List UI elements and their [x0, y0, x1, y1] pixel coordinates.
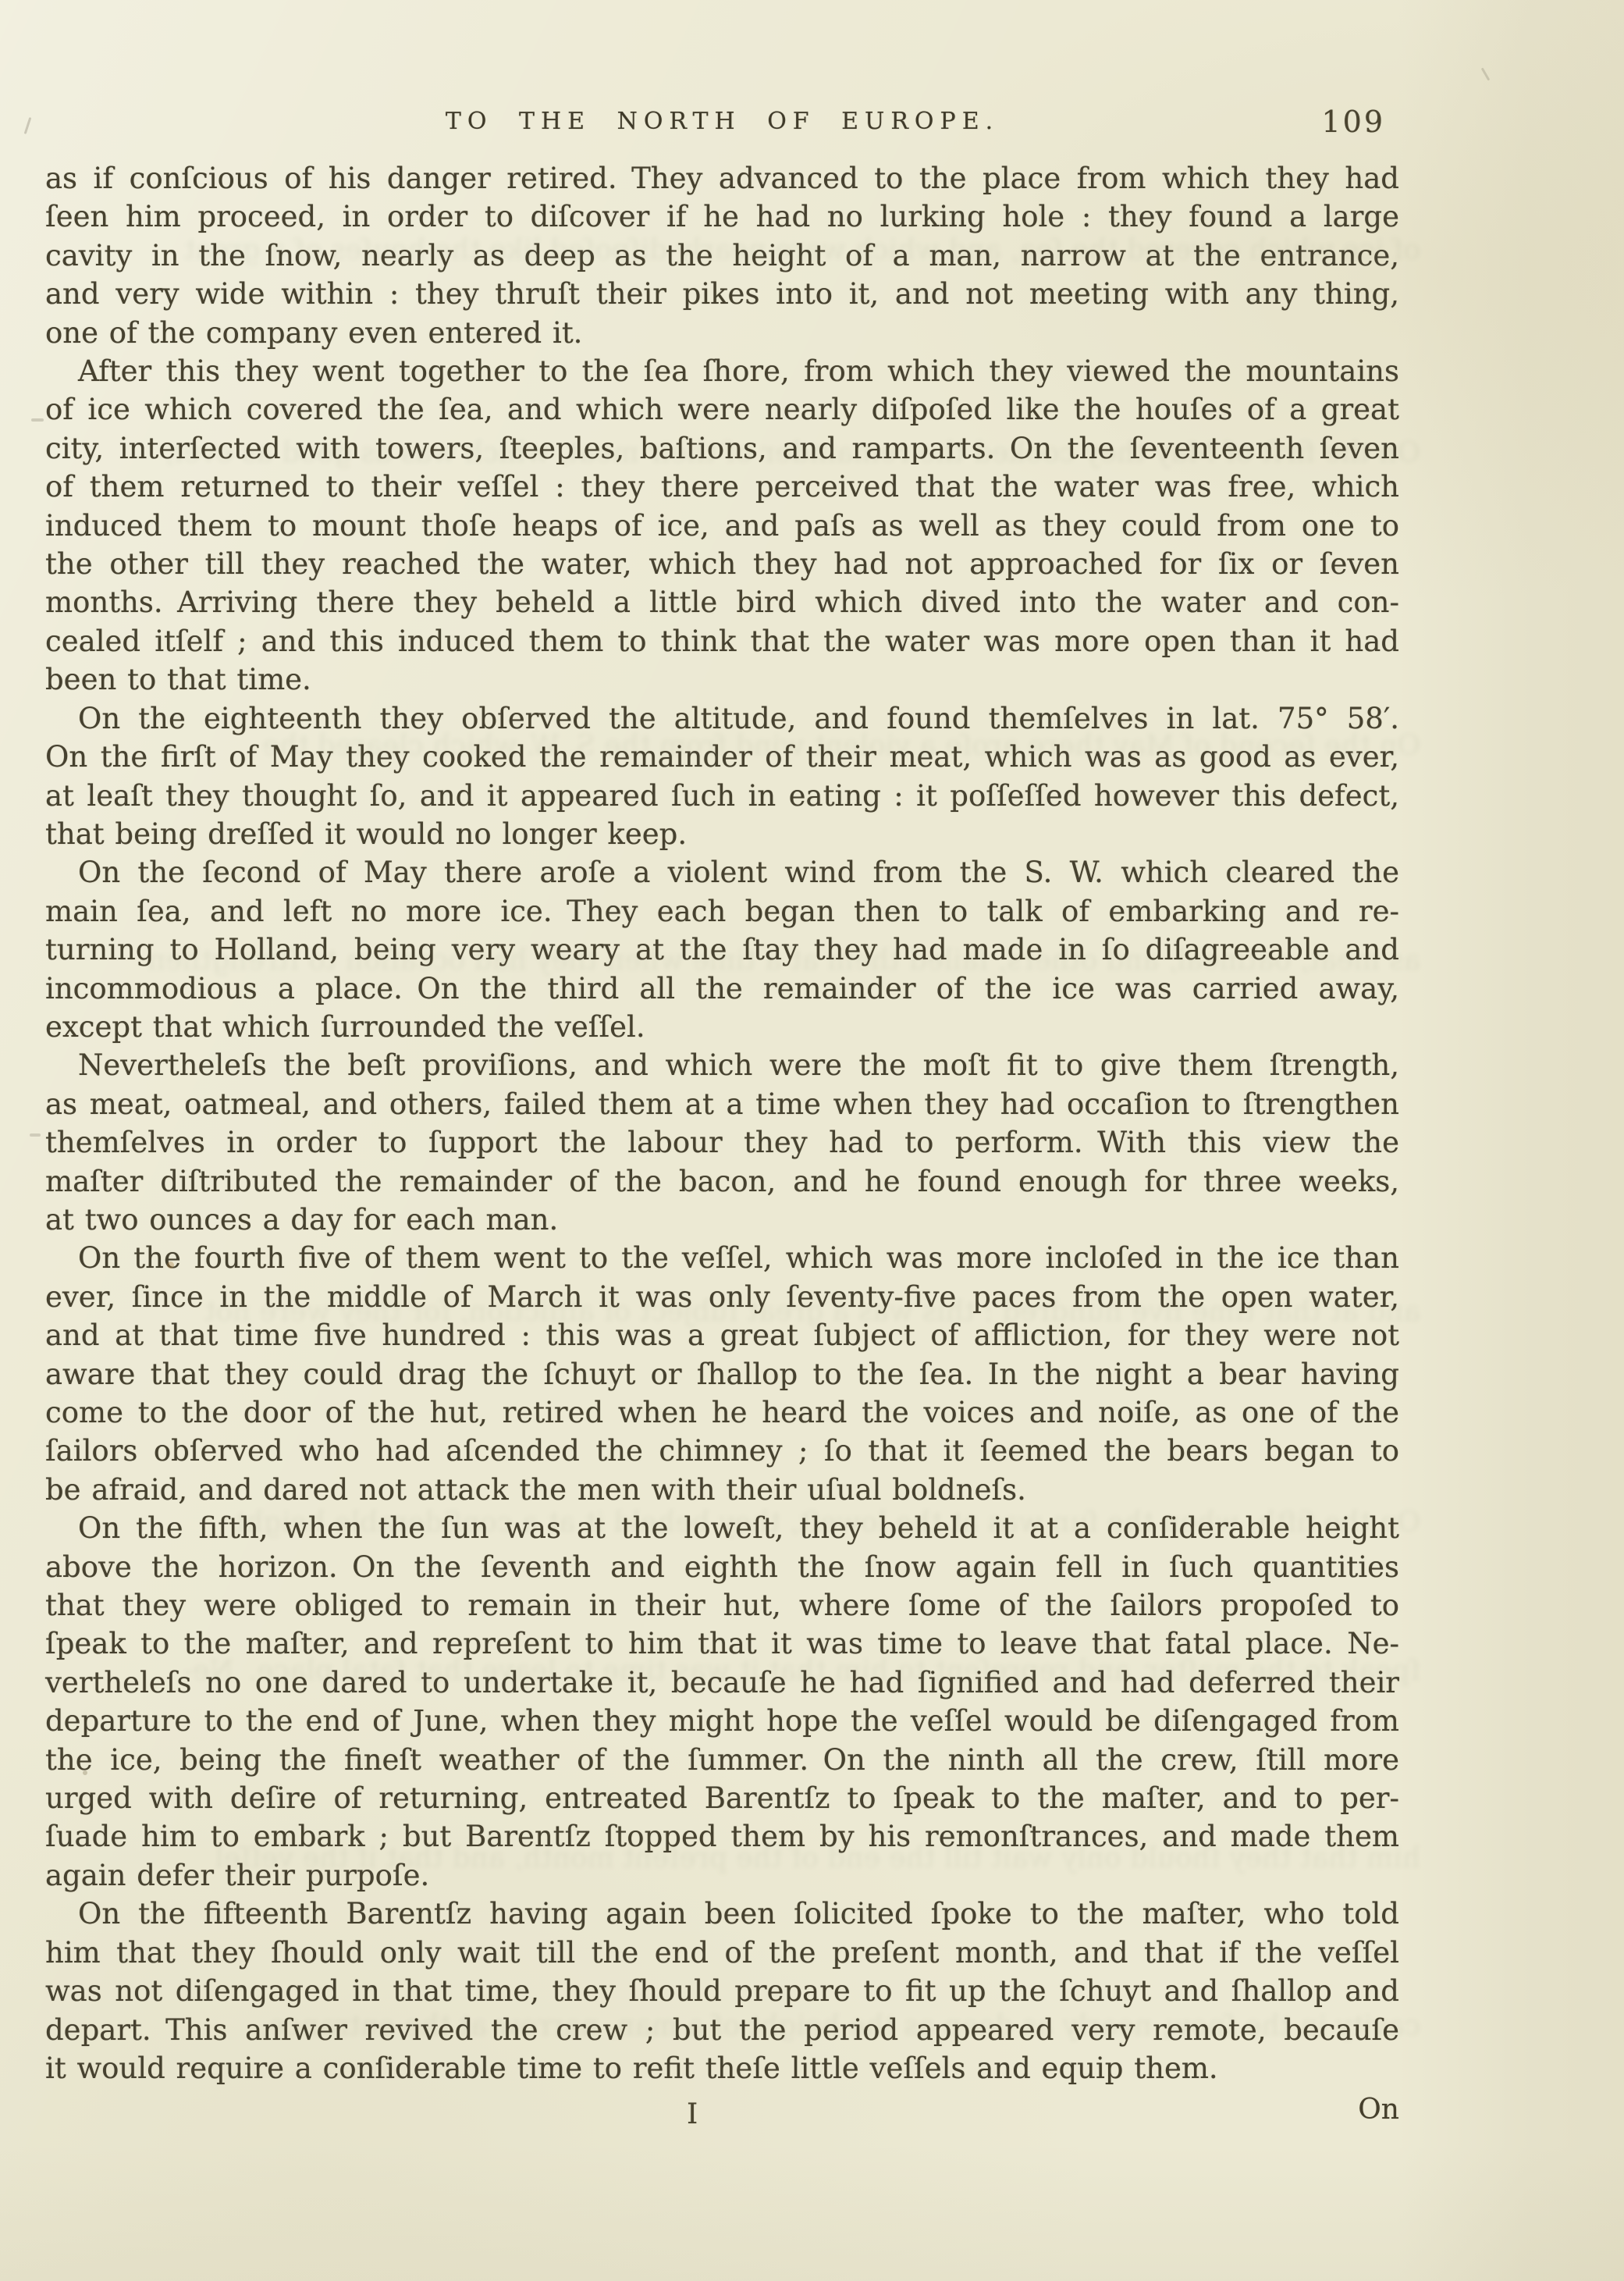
paragraph: On the fourth five of them went to the v… [45, 1239, 1399, 1509]
text-line: turning to Holland, being very weary at … [45, 931, 1399, 969]
catchword: On [1358, 2094, 1399, 2126]
running-head: TO THE NORTH OF EUROPE. 109 [45, 108, 1399, 144]
running-title: TO THE NORTH OF EUROPE. [45, 108, 1399, 135]
text-line: months. Arriving there they beheld a lit… [45, 583, 1399, 621]
text-line: departure to the end of June, when they … [45, 1702, 1399, 1740]
paragraph: On the fifteenth Barentſz having again b… [45, 1895, 1399, 2087]
text-line: cealed itſelf ; and this induced them to… [45, 622, 1399, 660]
text-line: ſeen him proceed, in order to diſcover i… [45, 197, 1399, 236]
text-line: After this they went together to the ſea… [45, 352, 1399, 390]
paragraph: On the eighteenth they obſerved the alti… [45, 699, 1399, 854]
paragraph: as if conſcious of his danger retired. T… [45, 159, 1399, 352]
text-line: On the eighteenth they obſerved the alti… [45, 699, 1399, 738]
text-line: themſelves in order to ſupport the labou… [45, 1123, 1399, 1162]
margin-mark [24, 117, 32, 134]
paragraph: After this they went together to the ſea… [45, 352, 1399, 699]
text-line: above the horizon. On the ſeventh and ei… [45, 1548, 1399, 1586]
text-line: main ſea, and left no more ice. They eac… [45, 892, 1399, 931]
margin-mark [31, 418, 44, 422]
text-line: him that they ſhould only wait till the … [45, 1934, 1399, 1972]
text-line: maſter diſtributed the remainder of the … [45, 1162, 1399, 1201]
text-line: ever, ſince in the middle of March it wa… [45, 1278, 1399, 1316]
text-line: of them returned to their veſſel : they … [45, 468, 1399, 506]
text-line: as meat, oatmeal, and others, failed the… [45, 1085, 1399, 1123]
text-line: of ice which covered the ſea, and which … [45, 390, 1399, 429]
text-line: ſailors obſerved who had aſcended the ch… [45, 1432, 1399, 1470]
text-line: as if conſcious of his danger retired. T… [45, 159, 1399, 197]
text-line: that being dreſſed it would no longer ke… [45, 815, 1399, 853]
text-line: except that which ſurrounded the veſſel. [45, 1008, 1399, 1046]
ink-speck [83, 1770, 87, 1775]
margin-mark [30, 1133, 41, 1137]
text-line: and very wide within : they thruſt their… [45, 275, 1399, 313]
text-line: On the fifth, when the ſun was at the lo… [45, 1509, 1399, 1547]
text-line: cavity in the ſnow, nearly as deep as th… [45, 237, 1399, 275]
text-line: urged with deſire of returning, entreate… [45, 1779, 1399, 1817]
text-line: be afraid, and dared not attack the men … [45, 1471, 1399, 1509]
margin-mark [1481, 67, 1491, 80]
paragraph: Nevertheleſs the beſt proviſions, and wh… [45, 1046, 1399, 1239]
text-line: again defer their purpoſe. [45, 1856, 1399, 1895]
text-line: at leaſt they thought ſo, and it appeare… [45, 777, 1399, 815]
ink-speck [167, 1261, 174, 1269]
book-page: of ice which covered the ſea, and which … [0, 0, 1624, 2281]
signature-mark: I [687, 2098, 698, 2130]
text-line: was not diſengaged in that time, they ſh… [45, 1972, 1399, 2010]
page-text: as if conſcious of his danger retired. T… [45, 159, 1399, 2087]
text-line: it would require a conſiderable time to … [45, 2049, 1399, 2087]
text-line: the ice, being the fineſt weather of the… [45, 1741, 1399, 1779]
text-line: city, interſected with towers, ſteeples,… [45, 429, 1399, 468]
text-line: and at that time five hundred : this was… [45, 1316, 1399, 1354]
text-line: that they were obliged to remain in thei… [45, 1586, 1399, 1624]
text-line: depart. This anſwer revived the crew ; b… [45, 2011, 1399, 2049]
text-line: at two ounces a day for each man. [45, 1201, 1399, 1239]
text-line: come to the door of the hut, retired whe… [45, 1393, 1399, 1432]
text-line: incommodious a place. On the third all t… [45, 970, 1399, 1008]
page-footer: I On [45, 2094, 1399, 2133]
text-line: On the fourth five of them went to the v… [45, 1239, 1399, 1277]
text-line: Nevertheleſs the beſt proviſions, and wh… [45, 1046, 1399, 1084]
text-line: been to that time. [45, 660, 1399, 699]
text-line: On the firſt of May they cooked the rema… [45, 738, 1399, 776]
text-line: the other till they reached the water, w… [45, 545, 1399, 583]
text-line: vertheleſs no one dared to undertake it,… [45, 1664, 1399, 1702]
text-line: aware that they could drag the ſchuyt or… [45, 1355, 1399, 1393]
text-line: ſuade him to embark ; but Barentſz ſtopp… [45, 1817, 1399, 1856]
paragraph: On the ſecond of May there aroſe a viole… [45, 853, 1399, 1046]
text-line: On the ſecond of May there aroſe a viole… [45, 853, 1399, 891]
page-number: 109 [1321, 105, 1385, 139]
paragraph: On the fifth, when the ſun was at the lo… [45, 1509, 1399, 1895]
text-line: ſpeak to the maſter, and repreſent to hi… [45, 1624, 1399, 1663]
text-line: On the fifteenth Barentſz having again b… [45, 1895, 1399, 1933]
text-line: one of the company even entered it. [45, 314, 1399, 352]
text-line: induced them to mount thoſe heaps of ice… [45, 507, 1399, 545]
